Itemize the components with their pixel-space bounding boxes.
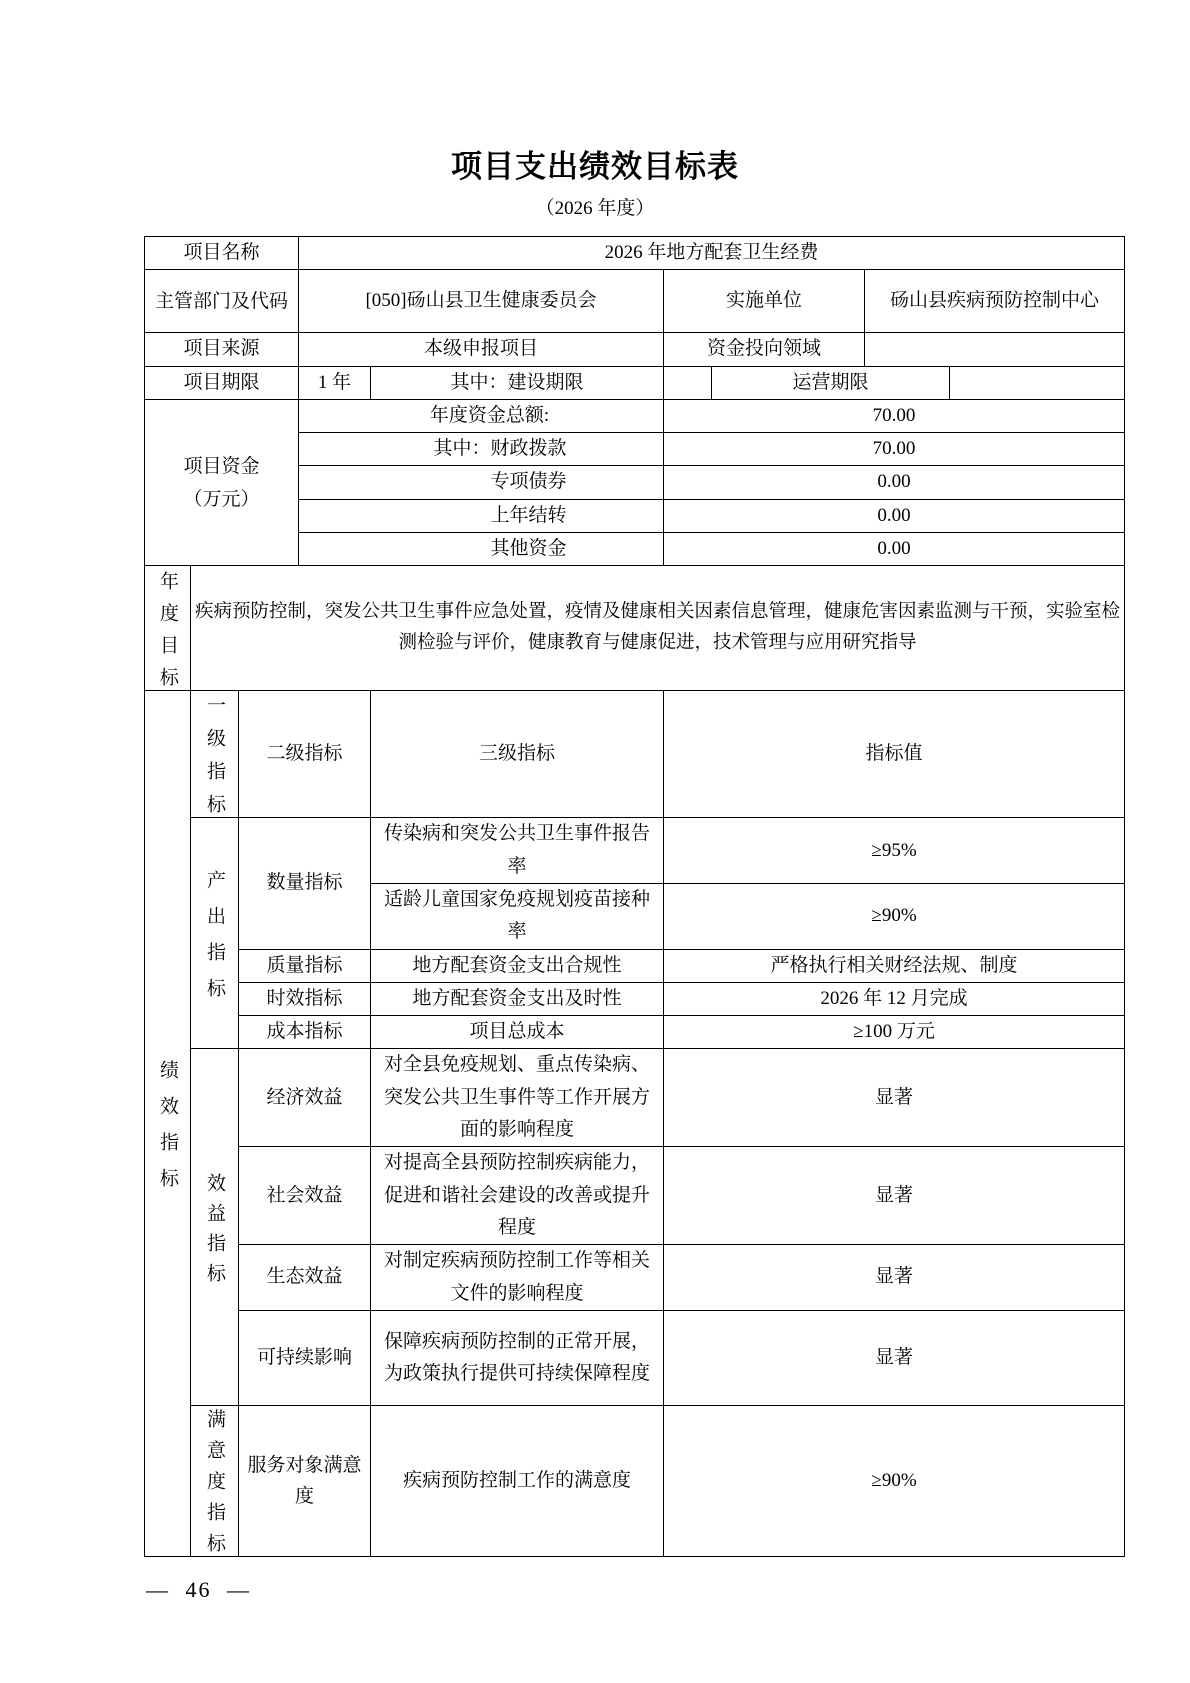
indicator-level2: 质量指标 xyxy=(239,949,371,982)
operation-period-label: 运营期限 xyxy=(712,366,950,399)
indicator-level2: 时效指标 xyxy=(239,982,371,1015)
operation-period-value xyxy=(950,366,1125,399)
page-title: 项目支出绩效目标表 xyxy=(0,141,1190,186)
project-name-value: 2026 年地方配套卫生经费 xyxy=(299,237,1125,270)
table-row: 项目来源 本级申报项目 资金投向领域 xyxy=(145,333,1125,366)
annual-goal-label: 年度目标 xyxy=(145,566,191,691)
table-row: 主管部门及代码 [050]砀山县卫生健康委员会 实施单位 砀山县疾病预防控制中心 xyxy=(145,270,1125,333)
funding-row-name: 其他资金 xyxy=(299,533,664,566)
indicator-value: ≥90% xyxy=(664,883,1125,949)
source-value: 本级申报项目 xyxy=(299,333,664,366)
indicator-level3: 对全县免疫规划、重点传染病、突发公共卫生事件等工作开展方面的影响程度 xyxy=(371,1049,664,1147)
indicator-value: 严格执行相关财经法规、制度 xyxy=(664,949,1125,982)
indicator-value: ≥95% xyxy=(664,818,1125,884)
invest-field-label: 资金投向领域 xyxy=(664,333,865,366)
indicator-level2: 服务对象满意度 xyxy=(239,1405,371,1556)
table-row: 成本指标 项目总成本 ≥100 万元 xyxy=(145,1016,1125,1049)
performance-indicators-label: 绩效指标 xyxy=(145,691,191,1556)
indicator-level2: 经济效益 xyxy=(239,1049,371,1147)
document-page: 项目支出绩效目标表 （2026 年度） 项目名称 2026 年地方配套卫生经费 … xyxy=(0,0,1190,1683)
table-row: 社会效益 对提高全县预防控制疾病能力，促进和谐社会建设的改善或提升程度 显著 xyxy=(145,1147,1125,1245)
indicator-value: 2026 年 12 月完成 xyxy=(664,982,1125,1015)
indicator-level2: 生态效益 xyxy=(239,1245,371,1311)
invest-field-value xyxy=(865,333,1125,366)
table-row: 项目资金 （万元） 年度资金总额: 70.00 xyxy=(145,399,1125,432)
table-row: 效益指标 经济效益 对全县免疫规划、重点传染病、突发公共卫生事件等工作开展方面的… xyxy=(145,1049,1125,1147)
indicator-level3: 保障疾病预防控制的正常开展，为政策执行提供可持续保障程度 xyxy=(371,1310,664,1405)
indicator-value: ≥100 万元 xyxy=(664,1016,1125,1049)
satisfaction-indicators-label: 满意度指标 xyxy=(191,1405,239,1556)
table-row: 绩效指标 一级指标 二级指标 三级指标 指标值 xyxy=(145,691,1125,818)
funding-label-line1: 项目资金 xyxy=(149,450,294,483)
period-label: 项目期限 xyxy=(145,366,299,399)
indicator-value: 显著 xyxy=(664,1310,1125,1405)
indicator-level2: 可持续影响 xyxy=(239,1310,371,1405)
table-row: 项目期限 1 年 其中：建设期限 运营期限 xyxy=(145,366,1125,399)
funding-row-value: 70.00 xyxy=(664,433,1125,466)
page-number: — 46 — xyxy=(146,1577,251,1603)
annual-goal-text: 疾病预防控制，突发公共卫生事件应急处置，疫情及健康相关因素信息管理，健康危害因素… xyxy=(191,566,1125,691)
indicator-value: 显著 xyxy=(664,1049,1125,1147)
indicator-level3: 地方配套资金支出及时性 xyxy=(371,982,664,1015)
indicator-level3: 适龄儿童国家免疫规划疫苗接种率 xyxy=(371,883,664,949)
funding-row-value: 0.00 xyxy=(664,466,1125,499)
funding-row-value: 0.00 xyxy=(664,533,1125,566)
indicator-level2: 社会效益 xyxy=(239,1147,371,1245)
funding-row-name: 年度资金总额: xyxy=(299,399,664,432)
value-header: 指标值 xyxy=(664,691,1125,818)
indicator-level3: 项目总成本 xyxy=(371,1016,664,1049)
indicator-value: 显著 xyxy=(664,1147,1125,1245)
funding-row-name: 专项债券 xyxy=(299,466,664,499)
table-row: 项目名称 2026 年地方配套卫生经费 xyxy=(145,237,1125,270)
table-row: 可持续影响 保障疾病预防控制的正常开展，为政策执行提供可持续保障程度 显著 xyxy=(145,1310,1125,1405)
funding-label: 项目资金 （万元） xyxy=(145,399,299,565)
level2-header: 二级指标 xyxy=(239,691,371,818)
funding-row-name: 上年结转 xyxy=(299,499,664,532)
table-row: 时效指标 地方配套资金支出及时性 2026 年 12 月完成 xyxy=(145,982,1125,1015)
funding-label-line2: （万元） xyxy=(149,483,294,516)
source-label: 项目来源 xyxy=(145,333,299,366)
indicator-level3: 对提高全县预防控制疾病能力，促进和谐社会建设的改善或提升程度 xyxy=(371,1147,664,1245)
construction-period-value xyxy=(664,366,712,399)
impl-unit-value: 砀山县疾病预防控制中心 xyxy=(865,270,1125,333)
indicator-level3: 传染病和突发公共卫生事件报告率 xyxy=(371,818,664,884)
table-row: 满意度指标 服务对象满意度 疾病预防控制工作的满意度 ≥90% xyxy=(145,1405,1125,1556)
indicator-value: ≥90% xyxy=(664,1405,1125,1556)
table-row: 年度目标 疾病预防控制，突发公共卫生事件应急处置，疫情及健康相关因素信息管理，健… xyxy=(145,566,1125,691)
funding-row-name: 其中：财政拨款 xyxy=(299,433,664,466)
dept-value: [050]砀山县卫生健康委员会 xyxy=(299,270,664,333)
dept-label: 主管部门及代码 xyxy=(145,270,299,333)
indicator-level3: 疾病预防控制工作的满意度 xyxy=(371,1405,664,1556)
benefit-indicators-label: 效益指标 xyxy=(191,1049,239,1405)
table-row: 生态效益 对制定疾病预防控制工作等相关文件的影响程度 显著 xyxy=(145,1245,1125,1311)
level3-header: 三级指标 xyxy=(371,691,664,818)
table-row: 产出指标 数量指标 传染病和突发公共卫生事件报告率 ≥95% xyxy=(145,818,1125,884)
table-row: 质量指标 地方配套资金支出合规性 严格执行相关财经法规、制度 xyxy=(145,949,1125,982)
performance-target-table: 项目名称 2026 年地方配套卫生经费 主管部门及代码 [050]砀山县卫生健康… xyxy=(144,236,1125,1557)
project-name-label: 项目名称 xyxy=(145,237,299,270)
output-indicators-label: 产出指标 xyxy=(191,818,239,1049)
construction-period-label: 其中：建设期限 xyxy=(371,366,664,399)
indicator-level2: 数量指标 xyxy=(239,818,371,949)
indicator-level2: 成本指标 xyxy=(239,1016,371,1049)
indicator-level3: 地方配套资金支出合规性 xyxy=(371,949,664,982)
period-value: 1 年 xyxy=(299,366,371,399)
page-subtitle: （2026 年度） xyxy=(0,193,1190,220)
indicator-value: 显著 xyxy=(664,1245,1125,1311)
indicator-level3: 对制定疾病预防控制工作等相关文件的影响程度 xyxy=(371,1245,664,1311)
funding-row-value: 70.00 xyxy=(664,399,1125,432)
level1-header: 一级指标 xyxy=(191,691,239,818)
impl-unit-label: 实施单位 xyxy=(664,270,865,333)
funding-row-value: 0.00 xyxy=(664,499,1125,532)
